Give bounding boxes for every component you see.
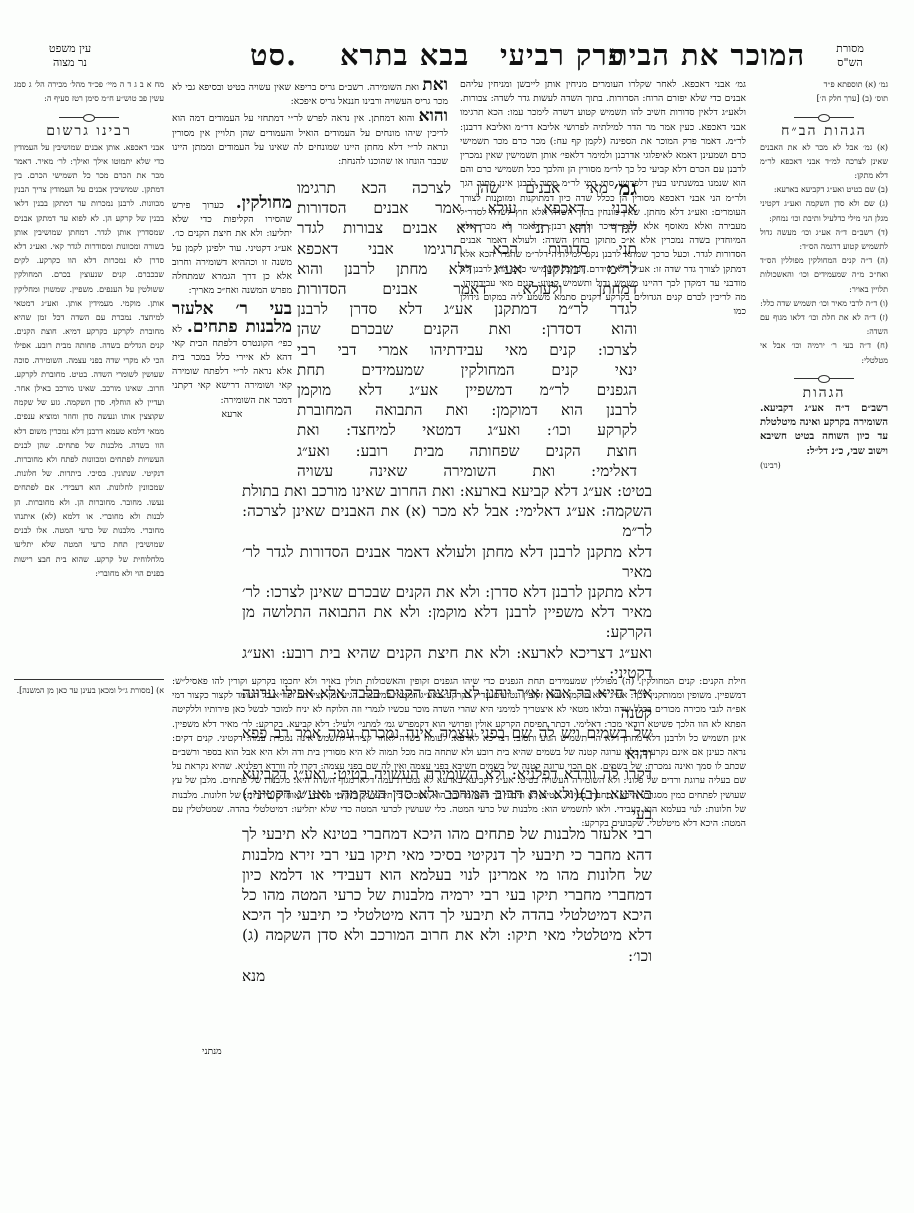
hagahot-text: רשב״ם ד״ה אע״ג דקביעא. השומירה בקרקע ואי… bbox=[760, 402, 888, 459]
tosafot-text-1: ואת ואת השומירה. רשב״ם גריס בריפא שאין ע… bbox=[172, 78, 448, 109]
masoret-line-2: תוס׳ (ב) [ערך חלק ה׳] bbox=[760, 92, 888, 106]
masoret-line-1: גמ׳ (א) תוספתא פ״ד bbox=[760, 78, 888, 92]
rashbam-bottom-text: חילת הקנים: קנים המחולקין. (ה) מפוללין ש… bbox=[172, 675, 746, 1045]
rashbam-column-top: גמ׳ אבני דאכפא. לאחר שקלרו העומרים מניחי… bbox=[460, 78, 746, 674]
hagahot-title: הגהות bbox=[760, 386, 888, 400]
tosafot-dh-rabbi-elazar: בעי ר׳ אלעזר מלבנות פתחים. לא כפי׳ הקונט… bbox=[172, 302, 292, 407]
tosafot-text-2: והוא והוא דמחתן. אין נראה לפרש לר״י דמתח… bbox=[172, 109, 448, 169]
page-header: עין משפט נר מצוה סט. בבא בתרא פרק רביעי … bbox=[0, 38, 914, 72]
hagahot-habach-title: הגהות הב״ח bbox=[760, 124, 888, 138]
ein-mishpat-label: עין משפט נר מצוה bbox=[40, 42, 100, 70]
ein-mishpat-text: מח א ב ג ד ה מיי׳ פכ״ד מהל׳ מכירה הל׳ ג … bbox=[14, 78, 164, 106]
tosafot-dh-mechulakin: מחולקין. כערוך פירש שהסירו הקליפות כדי ש… bbox=[172, 196, 292, 298]
hagahot-habach-item: (ד) רשב״ם ד״ה אע״ג וכו׳ מעשה גדול לתשמיש… bbox=[760, 226, 888, 254]
chapter-name: המוכר את הבית bbox=[610, 38, 805, 73]
hagahot-habach-item: (א) גמ׳ אבל לא מכר לא את האבנים שאינן לצ… bbox=[760, 141, 888, 184]
masoret-hashas-label: מסורת הש"ס bbox=[820, 42, 880, 70]
masoret-label-line1: מסורת bbox=[820, 42, 880, 56]
hagahot-habach-item: (ה) ד״ה קנים המחולקין מפוללין הס״ד ואח״כ… bbox=[760, 254, 888, 297]
masoret-label-line2: הש"ס bbox=[820, 56, 880, 70]
rabbeinu-gershom-title: רבינו גרשום bbox=[14, 124, 164, 138]
hagahot-habach-item: (ח) ד״ה בעי ר׳ ירמיה וכו׳ אבל אי מטלטלי: bbox=[760, 339, 888, 367]
hagahot-source: (רבינו) bbox=[760, 459, 888, 473]
hagahot-habach-item: (ו) ד״ה לרבי מאיר וכו׳ תשמיש שדה כלל: bbox=[760, 297, 888, 311]
ornament-divider bbox=[760, 112, 888, 122]
folio-number: סט. bbox=[250, 38, 297, 73]
ein-mishpat-label-line1: עין משפט bbox=[40, 42, 100, 56]
rashbam-text: גמ׳ אבני דאכפא. לאחר שקלרו העומרים מניחי… bbox=[460, 78, 746, 674]
rabbeinu-gershom-text: אבני דאכפא. אותן אבנים שמושיבין על העמוד… bbox=[14, 141, 164, 671]
tosafot-column: ואת ואת השומירה. רשב״ם גריס בריפא שאין ע… bbox=[172, 78, 448, 169]
left-margin-column: מח א ב ג ד ה מיי׳ פכ״ד מהל׳ מכירה הל׳ ג … bbox=[14, 78, 164, 698]
hagahot-habach-item: (ב) שם בטיט ואע״ג דקביעא בארעא: bbox=[760, 183, 888, 197]
ornament-divider bbox=[14, 112, 164, 122]
tosafot-closing: ארעא bbox=[172, 408, 292, 422]
rabbeinu-gershom-footnote: א) [מסורת ג״ל ומכאן בעינן עד כאן מן המשנ… bbox=[14, 684, 164, 698]
hagahot-habach-item: (ג) שם ולא סדן השקמה ואע״ג דקטיני מגלן ה… bbox=[760, 197, 888, 225]
hagahot-habach-list: (א) גמ׳ אבל לא מכר לא את האבנים שאינן לצ… bbox=[760, 141, 888, 368]
rashbam-column-bottom: חילת הקנים: קנים המחולקין. (ה) מפוללין ש… bbox=[172, 675, 746, 1059]
right-margin-column: גמ׳ (א) תוספתא פ״ד תוס׳ (ב) [ערך חלק ה׳]… bbox=[760, 78, 888, 473]
rashbam-catchword: מנתני bbox=[172, 1045, 746, 1059]
hagahot-habach-item: (ז) ד״ה לא את חלת וכו׳ דלאו מגוף עם השדה… bbox=[760, 311, 888, 339]
tractate-name: בבא בתרא bbox=[340, 38, 469, 73]
tosafot-column-lower: מחולקין. כערוך פירש שהסירו הקליפות כדי ש… bbox=[172, 196, 292, 422]
footnote-rule bbox=[14, 679, 164, 680]
chapter-number: פרק רביעי bbox=[500, 38, 624, 73]
ornament-divider bbox=[760, 374, 888, 384]
ein-mishpat-label-line2: נר מצוה bbox=[40, 56, 100, 70]
